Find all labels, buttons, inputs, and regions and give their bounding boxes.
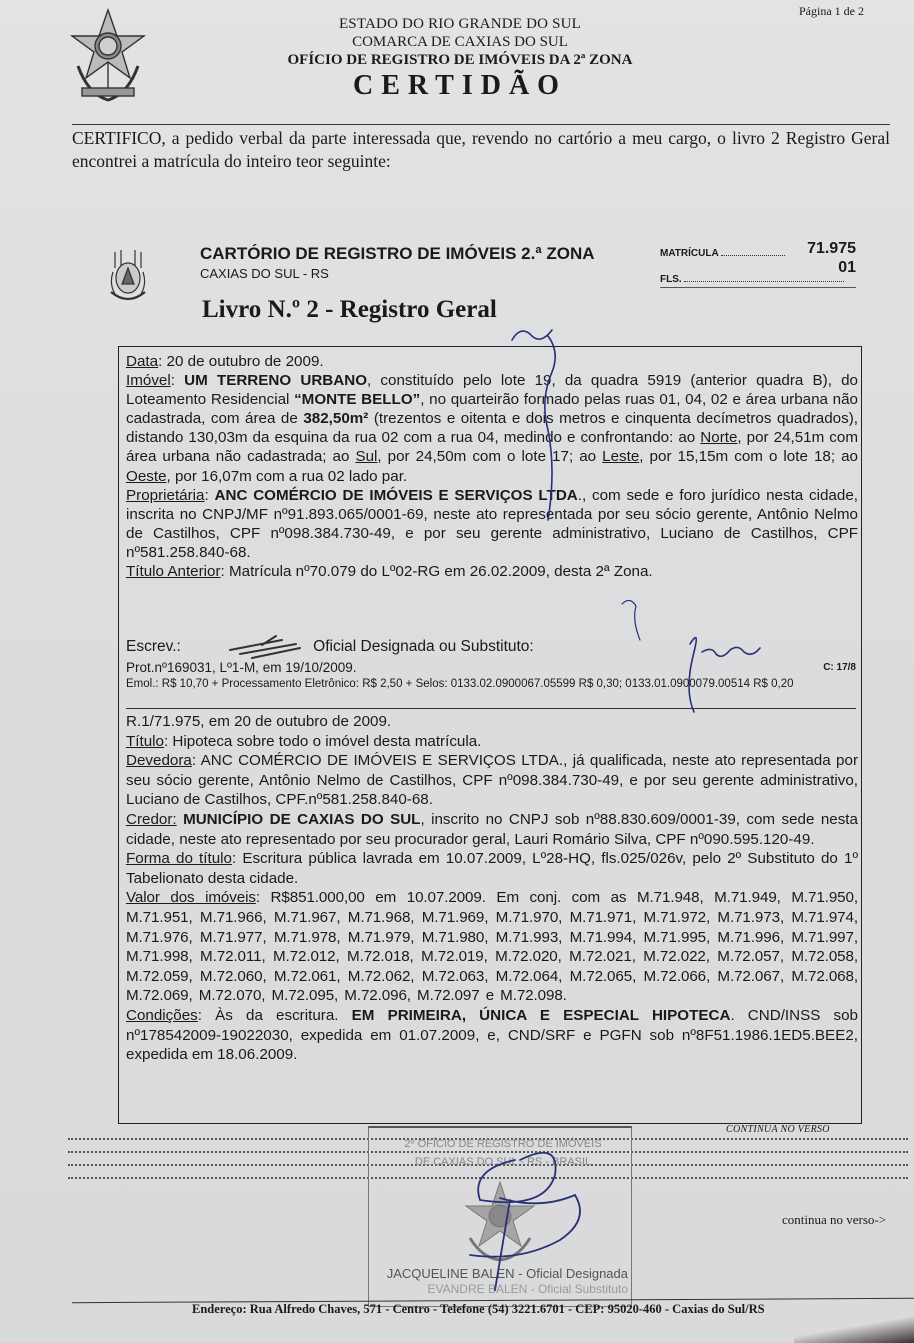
dotted-leader xyxy=(721,247,785,256)
titulo-label: Título xyxy=(126,733,164,750)
titulo-anterior-label: Título Anterior xyxy=(126,563,221,580)
document-title: CERTIDÃO xyxy=(270,70,650,102)
credor-paragraph: Credor: MUNICÍPIO DE CAXIAS DO SUL, insc… xyxy=(126,810,858,849)
direction-leste: Leste xyxy=(602,448,639,465)
credor-name: MUNICÍPIO DE CAXIAS DO SUL xyxy=(183,811,420,828)
brazil-coat-of-arms-icon xyxy=(68,6,148,106)
emolumentos: Emol.: R$ 10,70 + Processamento Eletrôni… xyxy=(126,676,856,693)
page-shadow xyxy=(794,1303,914,1343)
fls-label-text: FLS. xyxy=(660,274,682,285)
certificate-page: Página 1 de 2 ESTADO DO RIO GRANDE DO SU… xyxy=(0,0,914,1343)
registry-name: CARTÓRIO DE REGISTRO DE IMÓVEIS 2.ª ZONA xyxy=(200,244,595,264)
oficial-label: Oficial Designada ou Substituto: xyxy=(313,638,534,655)
fls-label: FLS. xyxy=(660,273,844,285)
credor-label: Credor: xyxy=(126,811,177,828)
devedora-label: Devedora xyxy=(126,752,192,769)
page-indicator: Página 1 de 2 xyxy=(799,4,864,19)
c-code: C: 17/8 xyxy=(790,662,856,673)
owner-name: ANC COMÉRCIO DE IMÓVEIS E SERVIÇOS LTDA xyxy=(215,487,578,504)
certifico-paragraph: CERTIFICO, a pedido verbal da parte inte… xyxy=(72,127,890,173)
data-value: : 20 de outubro de 2009. xyxy=(158,353,324,370)
titulo-value: : Hipoteca sobre todo o imóvel desta mat… xyxy=(164,733,481,750)
registry-city: CAXIAS DO SUL - RS xyxy=(200,266,329,281)
condicoes-label: Condições xyxy=(126,1007,198,1024)
imovel-type: UM TERRENO URBANO xyxy=(184,372,367,389)
text: , por 24,50m com o lote 17; ao xyxy=(377,448,602,465)
matricula-number: 71.975 xyxy=(790,240,856,258)
escrevente-label: Escrev.: xyxy=(126,638,181,655)
continua-lower: continua no verso-> xyxy=(782,1212,886,1228)
data-label: Data xyxy=(126,353,158,370)
stamp-name2: EVANDRE BALEN - Oficial Substituto xyxy=(378,1282,628,1296)
valor-label: Valor dos imóveis xyxy=(126,889,256,906)
stamp-emblem-icon xyxy=(462,1178,538,1262)
titulo-line: Título: Hipoteca sobre todo o imóvel des… xyxy=(126,732,858,752)
registro-r1: R.1/71.975, em 20 de outubro de 2009. Tí… xyxy=(126,712,858,1065)
imovel-paragraph: Imóvel: UM TERRENO URBANO, constituído p… xyxy=(126,371,858,486)
header-office: OFÍCIO DE REGISTRO DE IMÓVEIS DA 2ª ZONA xyxy=(270,52,650,69)
continua-upper: CONTINUA NO VERSO xyxy=(726,1124,830,1135)
header-comarca: COMARCA DE CAXIAS DO SUL xyxy=(270,34,650,51)
protocolo: Prot.nº169031, Lº1-M, em 19/10/2009. xyxy=(126,660,357,675)
forma-value: : Escritura pública lavrada em 10.07.200… xyxy=(126,850,858,887)
stamp-line2: DE CAXIAS DO SUL - RS - BRASIL xyxy=(378,1156,628,1168)
divider xyxy=(126,708,856,709)
condicoes-paragraph: Condições: Às da escritura. EM PRIMEIRA,… xyxy=(126,1006,858,1065)
forma-paragraph: Forma do título: Escritura pública lavra… xyxy=(126,849,858,888)
stamp-line1: 2º OFÍCIO DE REGISTRO DE IMÓVEIS xyxy=(378,1138,628,1150)
hipoteca-type: EM PRIMEIRA, ÚNICA E ESPECIAL HIPOTECA xyxy=(352,1007,731,1024)
matricula-content: Data: 20 de outubro de 2009. Imóvel: UM … xyxy=(126,352,858,581)
loteamento-name: “MONTE BELLO” xyxy=(294,391,420,408)
imovel-label: Imóvel xyxy=(126,372,171,389)
text: , por 15,15m com o lote 18; ao xyxy=(639,448,858,465)
footer-address: Endereço: Rua Alfredo Chaves, 571 - Cent… xyxy=(192,1302,765,1317)
direction-sul: Sul xyxy=(355,448,377,465)
matricula-label-text: MATRÍCULA xyxy=(660,248,719,259)
book-title: Livro N.º 2 - Registro Geral xyxy=(202,296,497,324)
header-state: ESTADO DO RIO GRANDE DO SUL xyxy=(270,16,650,33)
divider xyxy=(72,124,890,125)
text: , por 16,07m com a rua 02 lado par. xyxy=(167,468,408,485)
valor-paragraph: Valor dos imóveis: R$851.000,00 em 10.07… xyxy=(126,888,858,1006)
text: : xyxy=(205,487,215,504)
titulo-anterior-value: : Matrícula nº70.079 do Lº02-RG em 26.02… xyxy=(221,563,653,580)
proprietaria-paragraph: Proprietária: ANC COMÉRCIO DE IMÓVEIS E … xyxy=(126,486,858,562)
dotted-leader xyxy=(684,273,844,282)
divider xyxy=(660,287,856,288)
stamp-name1: JACQUELINE BALEN - Oficial Designada xyxy=(378,1266,628,1281)
signature-row: Escrev.: Oficial Designada ou Substituto… xyxy=(126,638,858,656)
registro-header: R.1/71.975, em 20 de outubro de 2009. xyxy=(126,712,858,732)
forma-label: Forma do título xyxy=(126,850,232,867)
valor-value: : R$851.000,00 em 10.07.2009. Em conj. c… xyxy=(126,889,858,1004)
rs-coat-of-arms-icon xyxy=(107,248,149,304)
proprietaria-label: Proprietária xyxy=(126,487,205,504)
direction-oeste: Oeste xyxy=(126,468,167,485)
titulo-anterior-line: Título Anterior: Matrícula nº70.079 do L… xyxy=(126,562,858,581)
data-line: Data: 20 de outubro de 2009. xyxy=(126,352,858,371)
text: : xyxy=(171,372,184,389)
area-value: 382,50m² xyxy=(303,410,368,427)
devedora-paragraph: Devedora: ANC COMÉRCIO DE IMÓVEIS E SERV… xyxy=(126,751,858,810)
text: : Às da escritura. xyxy=(198,1007,352,1024)
direction-norte: Norte xyxy=(700,429,737,446)
devedora-value: : ANC COMÉRCIO DE IMÓVEIS E SERVIÇOS LTD… xyxy=(126,752,858,808)
